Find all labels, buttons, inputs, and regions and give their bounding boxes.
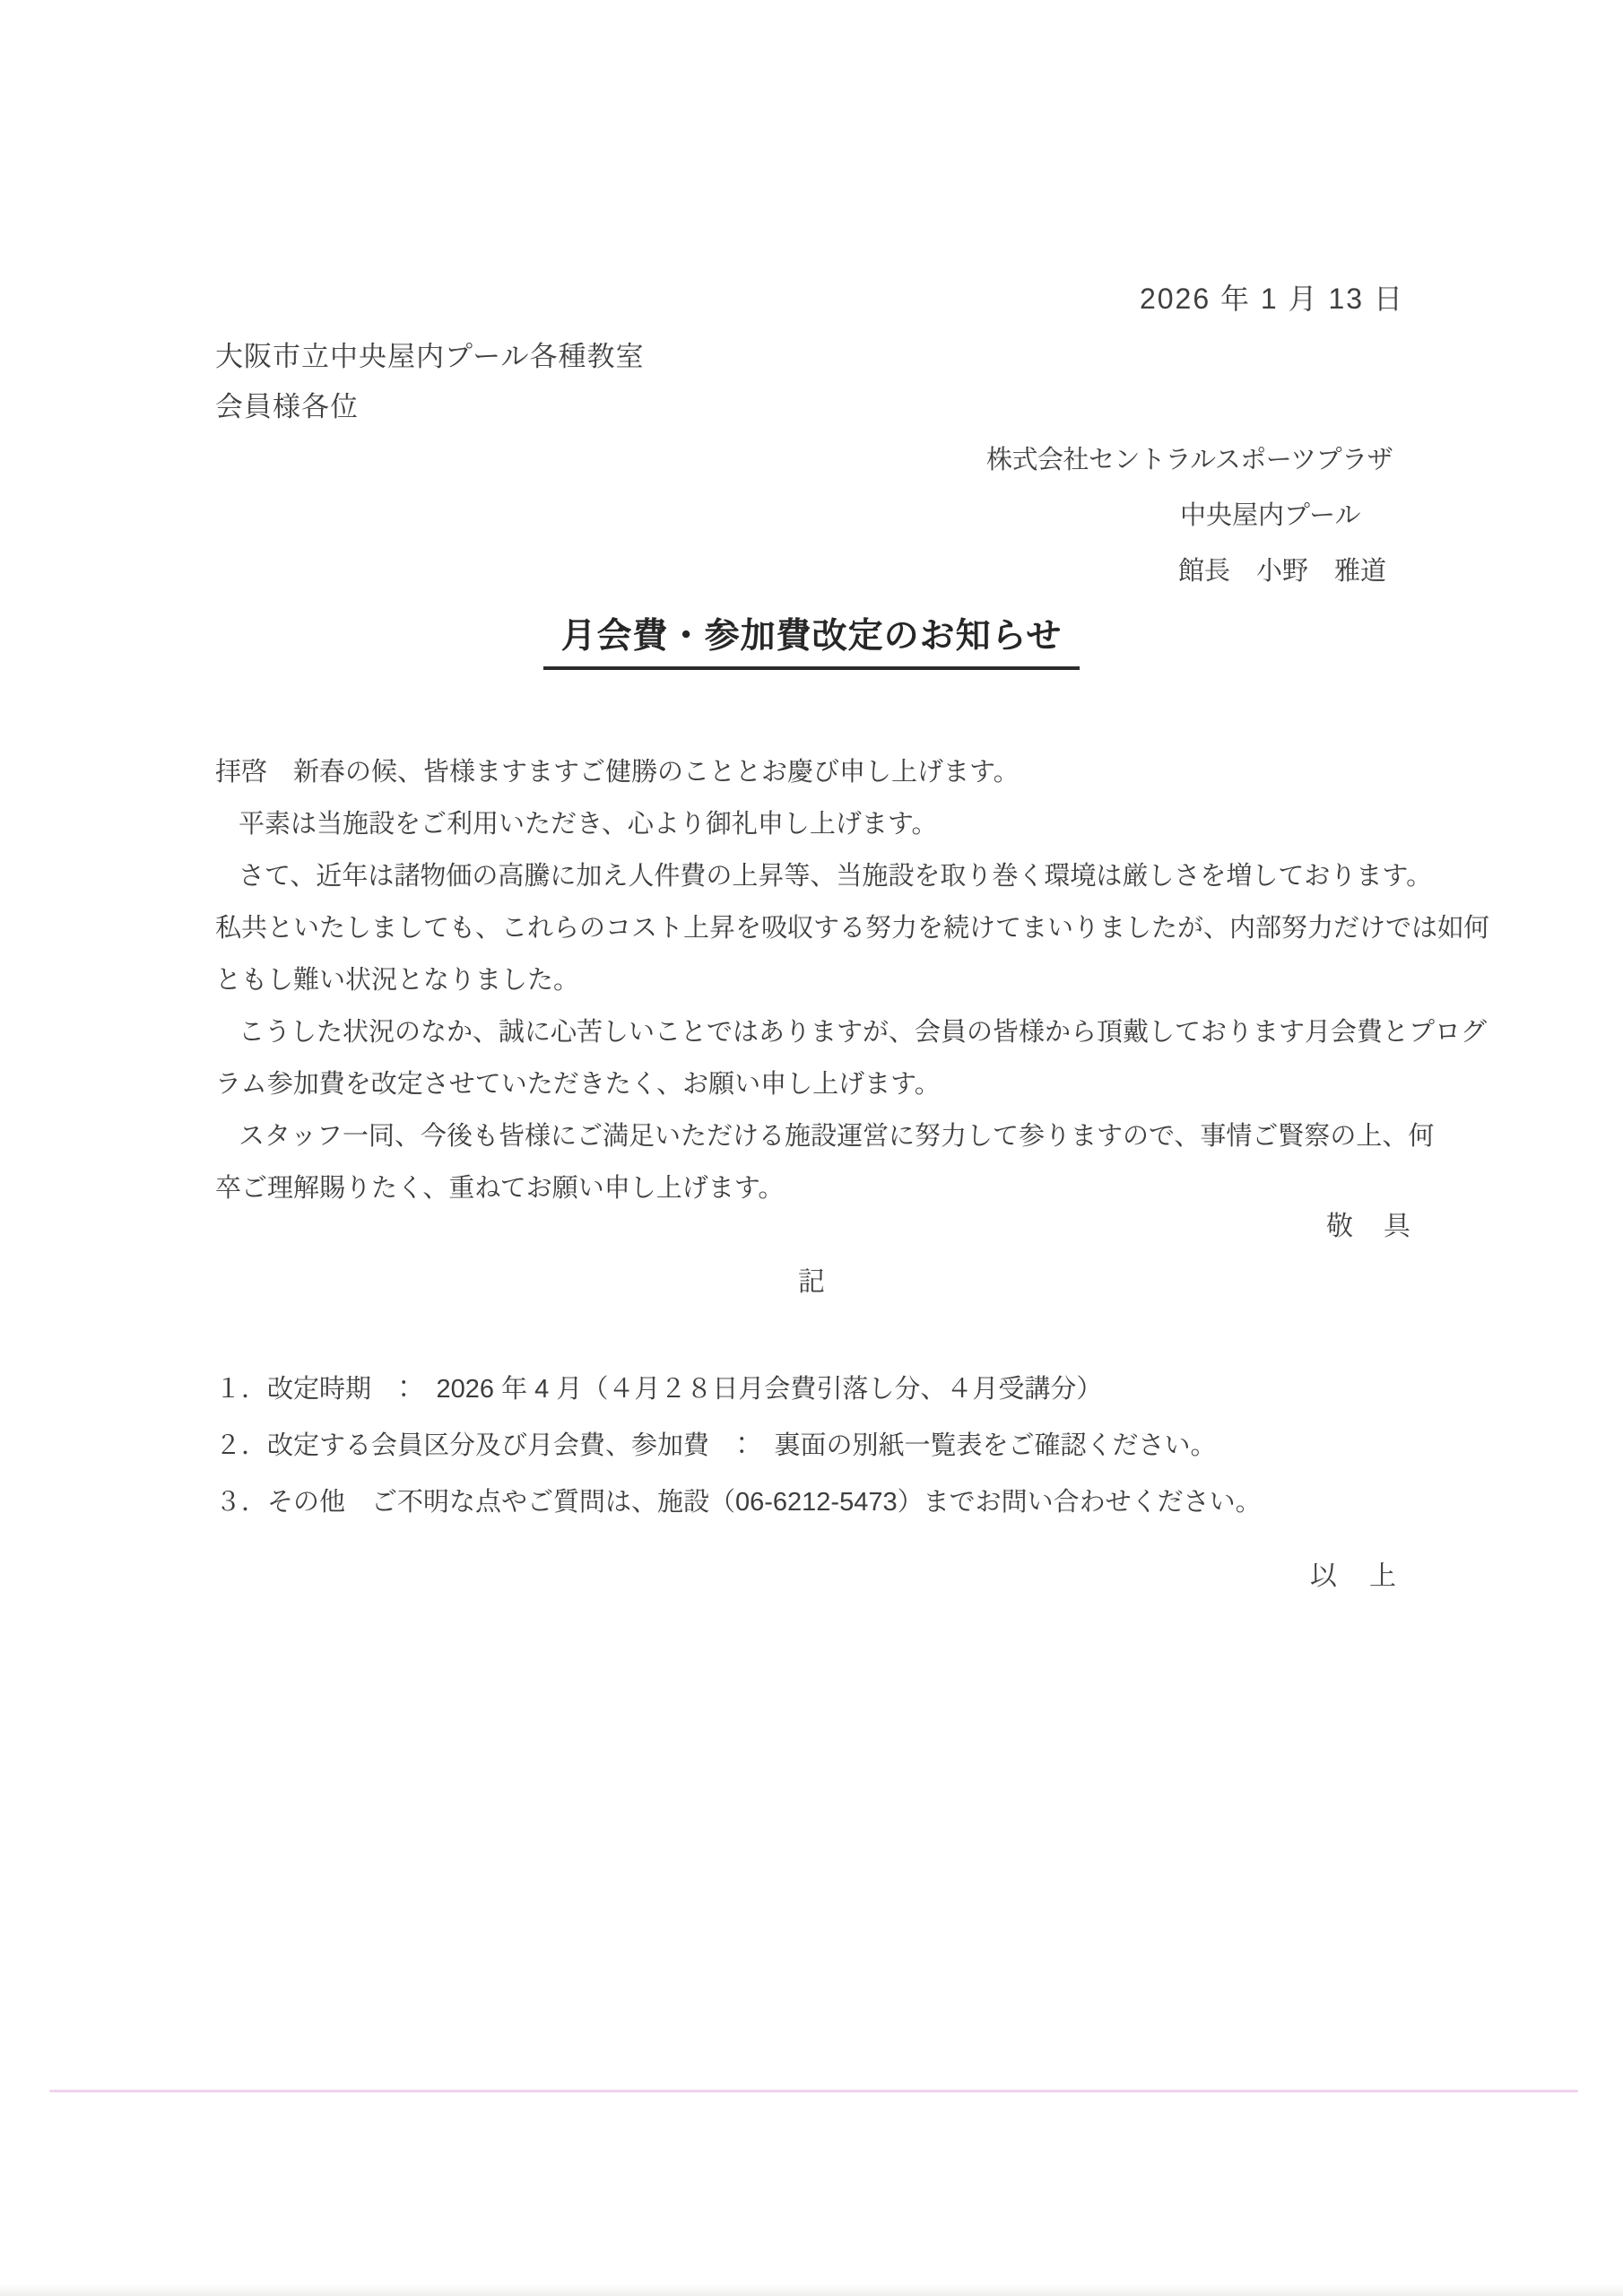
closing-keigu: 敬 具	[1326, 1204, 1412, 1243]
page-title: 月会費・参加費改定のお知らせ	[543, 608, 1081, 670]
item-fee-table-reference: ２．改定する会員区分及び月会費、参加費 ： 裏面の別紙一覧表をご確認ください。	[215, 1418, 1426, 1474]
body-line: ラム参加費を改定させていただきたく、お願い申し上げます。	[215, 1058, 1426, 1110]
scan-edge-shadow	[0, 2283, 1623, 2296]
body-line: さて、近年は諸物価の高騰に加え人件費の上昇等、当施設を取り巻く環境は厳しさを増し…	[215, 850, 1426, 902]
body-line: 拝啓 新春の候、皆様ますますご健勝のこととお慶び申し上げます。	[215, 746, 1426, 798]
numbered-items: １．改定時期 ： 2026 年 4 月（４月２８日月会費引落し分、４月受講分） …	[215, 1361, 1426, 1531]
body-line: 卒ご理解賜りたく、重ねてお願い申し上げます。	[215, 1162, 1426, 1214]
title-row: 月会費・参加費改定のお知らせ	[0, 608, 1623, 670]
body-line: 平素は当施設をご利用いただき、心より御礼申し上げます。	[215, 798, 1426, 850]
item-revision-date: １．改定時期 ： 2026 年 4 月（４月２８日月会費引落し分、４月受講分）	[215, 1361, 1426, 1418]
letter-body: 拝啓 新春の候、皆様ますますご健勝のこととお慶び申し上げます。 平素は当施設をご…	[215, 746, 1426, 1214]
sender-director: 館長 小野 雅道	[1178, 551, 1386, 587]
body-line: こうした状況のなか、誠に心苦しいことではありますが、会員の皆様から頂戴しておりま…	[215, 1006, 1426, 1058]
body-line: スタッフ一同、今後も皆様にご満足いただける施設運営に努力して参りますので、事情ご…	[215, 1110, 1426, 1162]
body-line: ともし難い状況となりました。	[215, 954, 1426, 1006]
sender-company: 株式会社セントラルスポーツプラザ	[986, 439, 1393, 476]
sender-facility: 中央屋内プール	[1180, 495, 1361, 532]
scanned-letter-page: 2026 年 1 月 13 日 大阪市立中央屋内プール各種教室 会員様各位 株式…	[0, 0, 1623, 2296]
end-mark-ijou: 以 上	[1310, 1553, 1399, 1593]
recipient-salutation: 会員様各位	[215, 384, 359, 424]
notation-header-ki: 記	[0, 1259, 1623, 1299]
item-contact-info: ３．その他 ご不明な点やご質問は、施設（06-6212-5473）までお問い合わ…	[215, 1474, 1426, 1531]
recipient-organization: 大阪市立中央屋内プール各種教室	[215, 334, 644, 374]
body-line: 私共といたしましても、これらのコスト上昇を吸収する努力を続けてまいりましたが、内…	[215, 902, 1426, 954]
document-date: 2026 年 1 月 13 日	[1140, 276, 1404, 317]
scan-artifact-line	[49, 2090, 1578, 2092]
